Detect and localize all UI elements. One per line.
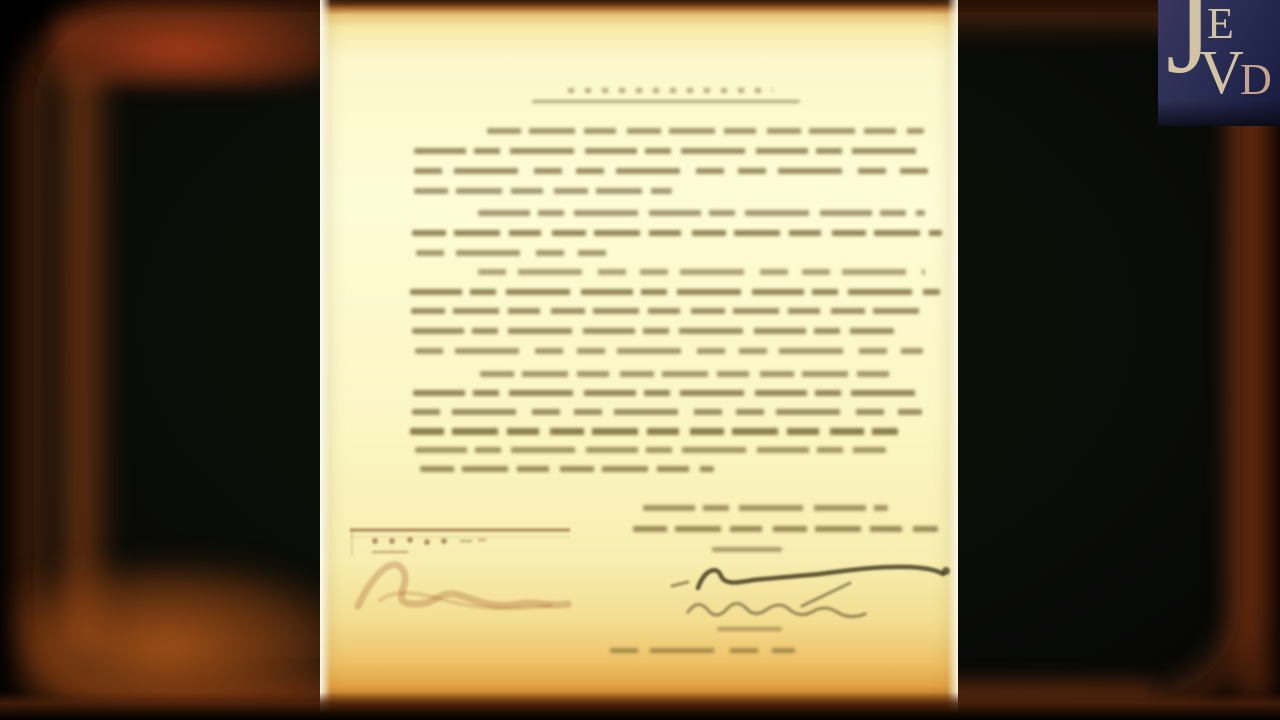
document-text-line [410,289,940,295]
watermark-letter-v: V [1199,42,1244,104]
document-text-line [420,466,714,472]
document-text-line [416,250,609,256]
signature-scrawl [672,567,950,617]
document-text-line [480,371,891,377]
stamp-dots [372,537,447,545]
document-text-line [712,547,782,552]
document-text-line [412,328,894,334]
document-text-line [414,188,672,194]
document-text-line [415,447,886,453]
document-text-line [717,627,782,631]
document-text-line [643,505,888,511]
document-text-line [633,526,938,532]
stamp-scribble [358,565,568,609]
document-text-line [478,269,925,275]
watermark-letter-d: D [1240,58,1272,102]
document-page [320,0,958,720]
document-text-line [532,100,800,103]
document-text-line [412,230,942,236]
document-text-line [410,428,898,435]
document-text-line [411,308,925,314]
document-text-line [413,390,922,396]
stamp-and-signature-layer [320,0,958,720]
document-text-line [610,648,795,653]
document-text-line [568,88,773,93]
document-text-line [412,409,922,415]
document-text-line [414,168,929,174]
frame-bottom-band [0,692,1280,720]
watermark-logo: J E V D [1158,0,1280,126]
video-frame: J E V D [0,0,1280,720]
document-text-line [478,210,925,216]
document-text-line [415,348,923,354]
document-text-line [414,148,926,154]
stamp-box [350,530,570,556]
document-text-line [487,128,924,134]
